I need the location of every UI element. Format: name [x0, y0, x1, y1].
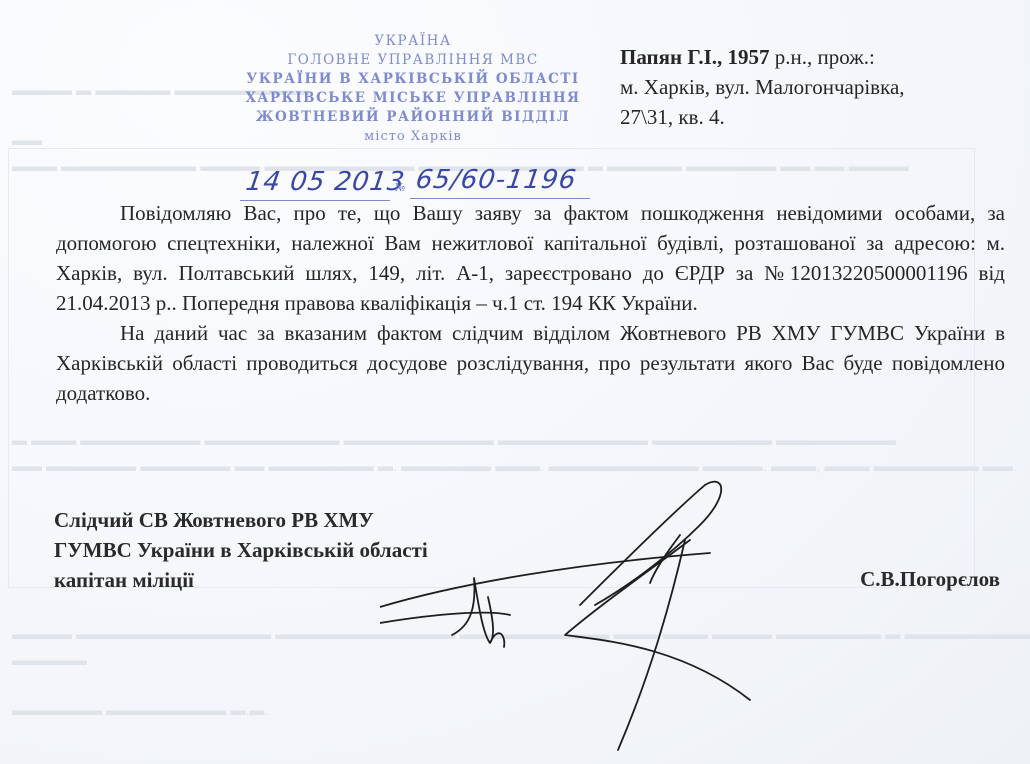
signer-rank: капітан міліції [54, 565, 428, 595]
registration-line: 14 05 2013 № 65/60-1196 [240, 165, 600, 205]
addressee-birth-suffix: р.н., прож.: [775, 45, 875, 69]
body-paragraph-2: На даний час за вказаним фактом слідчим … [56, 318, 1005, 408]
addressee-birth-year: 1957 [728, 45, 770, 69]
addressee-line-1: Папян Г.І., 1957 р.н., прож.: [620, 42, 1010, 72]
official-stamp: УКРАЇНА ГОЛОВНЕ УПРАВЛІННЯ МВС УКРАЇНИ В… [238, 32, 588, 146]
bleed-through-text: ▬▬▬▬ ▬▬▬▬▬▬▬▬▬▬▬▬▬ ▬▬▬▬▬▬▬▬▬▬▬▬ ▬▬▬▬▬▬▬▬… [12, 626, 1030, 643]
stamp-line-region: УКРАЇНИ В ХАРКІВСЬКІЙ ОБЛАСТІ [238, 70, 588, 89]
bleed-through-text: ▬▬ [12, 132, 42, 149]
signer-position-line-2: ГУМВС України в Харківській області [54, 535, 428, 565]
registration-date: 14 05 2013 [244, 167, 407, 197]
bleed-through-text: ▬▬▬▬▬ [12, 652, 87, 669]
bleed-through-text: ▬ ▬▬▬ ▬▬▬▬▬▬▬▬ ▬▬▬▬▬▬▬▬▬ ▬▬▬▬▬▬▬▬▬▬ ▬▬▬▬… [12, 432, 896, 449]
number-underline [410, 198, 590, 199]
signer-position-line-1: Слідчий СВ Жовтневого РВ ХМУ [54, 505, 428, 535]
bleed-through-text: ▬▬ ▬▬▬▬▬▬ ▬▬▬▬▬▬ ▬▬ ▬▬▬▬▬▬▬ ▬. ▬▬▬▬▬▬ ▬▬… [12, 458, 1017, 475]
stamp-line-country: УКРАЇНА [238, 32, 588, 51]
stamp-line-city-directorate: ХАРКІВСЬКЕ МІСЬКЕ УПРАВЛІННЯ [238, 89, 588, 108]
number-sign: № [395, 181, 405, 194]
document-page: ▬▬▬▬ ▬ ▬▬▬▬▬ ▬▬▬▬▬▬▬▬▬ ▬▬ ▬▬▬ ▬▬▬▬▬▬▬▬▬ … [0, 0, 1030, 764]
signer-position-block: Слідчий СВ Жовтневого РВ ХМУ ГУМВС Украї… [54, 505, 428, 595]
stamp-line-district: ЖОВТНЕВИЙ РАЙОННИЙ ВІДДІЛ [238, 108, 588, 127]
letter-body: Повідомляю Вас, про те, що Вашу заяву за… [56, 198, 1005, 408]
stamp-line-directorate: ГОЛОВНЕ УПРАВЛІННЯ МВС [238, 51, 588, 70]
addressee-address-line-1: м. Харків, вул. Малогончарівка, [620, 72, 1010, 102]
date-underline [240, 200, 390, 201]
addressee-block: Папян Г.І., 1957 р.н., прож.: м. Харків,… [620, 42, 1010, 132]
body-paragraph-1: Повідомляю Вас, про те, що Вашу заяву за… [56, 198, 1005, 318]
stamp-line-city: місто Харків [238, 127, 588, 146]
bleed-through-text: ▬▬▬▬▬▬ ▬▬▬▬▬▬▬▬ ▬.▬. [12, 702, 269, 719]
signer-name: С.В.Погорєлов [860, 567, 1000, 592]
addressee-address-line-2: 27\31, кв. 4. [620, 102, 1010, 132]
addressee-name: Папян Г.І., [620, 45, 722, 69]
registration-number: 65/60-1196 [414, 165, 579, 195]
